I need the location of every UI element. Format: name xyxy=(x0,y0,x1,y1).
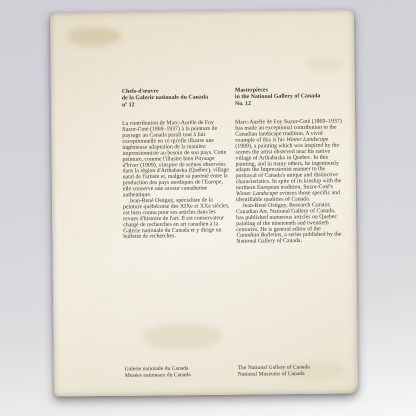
english-paragraph-2: Jean-René Ostiguy, Research Curator, Can… xyxy=(236,202,343,245)
book-back-cover: Chefs-d'œuvre de la Galerie nationale du… xyxy=(50,9,358,396)
english-paragraph-1: Marc-Aurèle de Foy Suzor-Coté (1869–1937… xyxy=(235,119,343,203)
imprint-line-en-2: National Museums of Canada xyxy=(238,371,310,378)
french-paragraph-1: La contribution de Marc-Aurèle de Foy Su… xyxy=(122,120,230,199)
cover-text-area: Chefs-d'œuvre de la Galerie nationale du… xyxy=(50,9,358,396)
french-paragraph-2: Jean-René Ostiguy, spécialiste de la pei… xyxy=(123,197,230,240)
series-number-en: No. 12 xyxy=(235,99,342,107)
publisher-imprint-french: Galerie nationale du Canada Musées natio… xyxy=(125,365,191,379)
french-series-header: Chefs-d'œuvre de la Galerie nationale du… xyxy=(122,87,229,108)
imprint-line-fr-2: Musées nationaux du Canada xyxy=(125,372,191,379)
english-series-header: Masterpieces in the National Gallery of … xyxy=(235,86,342,107)
publisher-imprint-english: The National Gallery of Canada National … xyxy=(238,364,310,378)
series-number-fr: nº 12 xyxy=(122,100,229,108)
english-column: Masterpieces in the National Gallery of … xyxy=(235,86,344,245)
photo-background: Chefs-d'œuvre de la Galerie nationale du… xyxy=(0,0,416,416)
french-column: Chefs-d'œuvre de la Galerie nationale du… xyxy=(122,87,231,240)
